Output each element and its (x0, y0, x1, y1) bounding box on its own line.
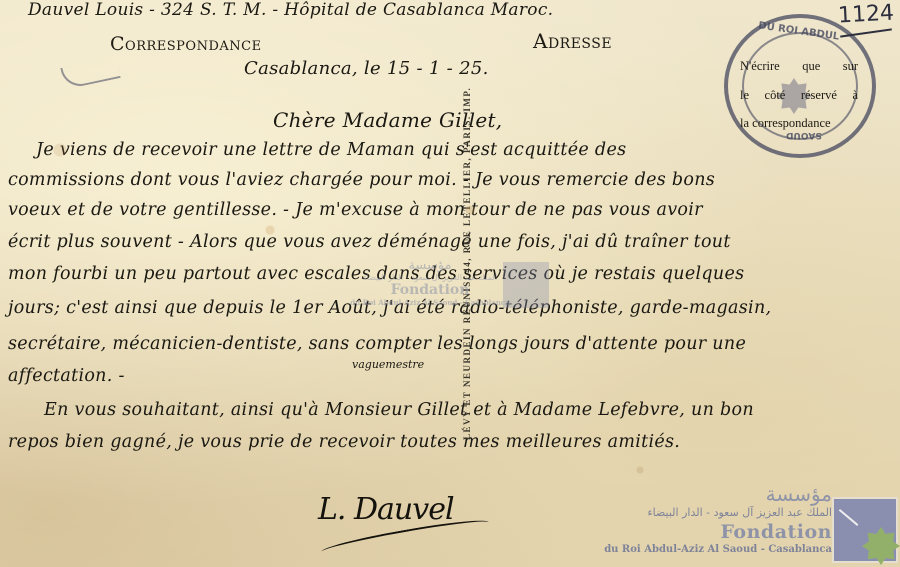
notice-line: N'écrire que sur (740, 52, 858, 81)
letter-line: En vous souhaitant, ainsi qu'à Monsieur … (44, 400, 754, 420)
correspondance-heading: Correspondance (110, 33, 262, 55)
letter-line: commissions dont vous l'aviez chargée po… (8, 170, 715, 190)
place-date: Casablanca, le 15 - 1 - 25. (244, 58, 489, 79)
watermark-arabic-subtitle: الملك عبد العزيز آل سعود - الدار البيضاء (345, 273, 515, 282)
watermark-fondation: Fondation (345, 282, 515, 298)
inserted-word: vaguemestre (352, 358, 424, 371)
letter-line: écrit plus souvent - Alors que vous avez… (8, 232, 731, 252)
adresse-heading: Adresse (533, 29, 612, 53)
foundation-logo-icon (832, 497, 898, 563)
printed-notice: N'écrire que sur le côté réservé à la co… (740, 52, 858, 138)
letter-line: voeux et de votre gentillesse. - Je m'ex… (8, 200, 703, 220)
foundation-watermark: مؤسسة الملك عبد العزيز آل سعود - الدار ا… (604, 483, 832, 557)
logo-diagonal (839, 509, 859, 526)
watermark-subtitle: du Roi Abdul-Aziz Al Saoud - Casablanca (345, 298, 515, 307)
watermark-arabic-title: مؤسسة (345, 258, 515, 273)
notice-line: la correspondance (740, 109, 858, 138)
sender-header: Dauvel Louis - 324 S. T. M. - Hôpital de… (28, 0, 553, 20)
letter-line: secrétaire, mécanicien-dentiste, sans co… (8, 334, 746, 354)
watermark-arabic-title: مؤسسة (604, 483, 832, 505)
watermark-subtitle: du Roi Abdul-Aziz Al Saoud - Casablanca (604, 543, 832, 557)
signature: L. Dauvel (318, 492, 454, 527)
watermark-arabic-subtitle: الملك عبد العزيز آل سعود - الدار البيضاء (604, 505, 832, 521)
notice-line: le côté réservé à (740, 81, 858, 110)
pencil-mark (60, 56, 120, 89)
watermark-fondation: Fondation (604, 521, 832, 543)
watermark-logo-icon (503, 262, 549, 308)
archive-number: 1124 (837, 1, 894, 29)
letter-line: repos bien gagné, je vous prie de recevo… (8, 432, 680, 452)
watermark-center: مؤسسة الملك عبد العزيز آل سعود - الدار ا… (345, 258, 515, 307)
letter-line: Je viens de recevoir une lettre de Maman… (36, 140, 626, 160)
postcard-back: Dauvel Louis - 324 S. T. M. - Hôpital de… (0, 0, 900, 567)
letter-line: affectation. - (8, 366, 125, 386)
star-icon (862, 527, 900, 565)
